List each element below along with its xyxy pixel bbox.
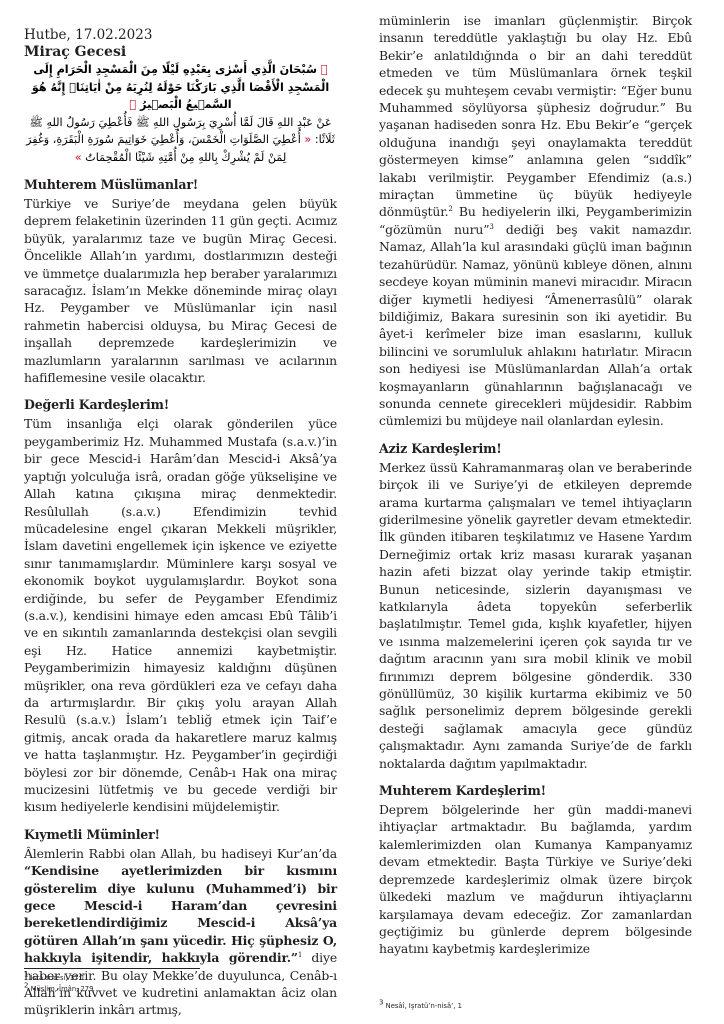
footnotes-right: 3 Nesâî, Işratü’n-nisâ’, 1 [379, 1002, 462, 1010]
section-heading: Muhterem Kardeşlerim! [379, 782, 692, 799]
hadith-text: أُعْطِيَ الصَّلَوَاتِ الْخَمْسَ، وَأُعْط… [26, 133, 301, 164]
footnote-text: Müslim, Îmân, 279 [28, 985, 93, 993]
footnote-text: İsrâ suresi, 17:1 [28, 974, 85, 982]
paragraph-text: müminlerin ise imanları güçlenmiştir. Bi… [379, 13, 692, 219]
arabic-verse: ﴿ سُبْحَانَ الَّذِي أَسْرٰى بِعَبْدِهِ ل… [18, 61, 343, 114]
section-paragraph: Tüm insanlığa elçi olarak gönderilen yüc… [24, 415, 337, 815]
paragraph-text: dediği beş vakit namazdır. Namaz, Allah’… [379, 222, 692, 428]
arabic-hadith: عَنْ عَبْدِ اللهِ قَالَ لَمَّا أُسْرِيَ … [18, 114, 343, 167]
section-heading: Muhterem Müslümanlar! [24, 176, 337, 193]
paragraph-text: Âlemlerin Rabbi olan Allah, bu hadiseyi … [24, 846, 337, 861]
footnote-item: 3 Nesâî, Işratü’n-nisâ’, 1 [379, 1002, 462, 1010]
footnotes-left: 1 İsrâ suresi, 17:1 2 Müslim, Îmân, 279 [24, 973, 93, 995]
hadith-open-quote: « [304, 133, 311, 146]
footnote-text: Nesâî, Işratü’n-nisâ’, 1 [383, 1002, 461, 1010]
quran-quote: “Kendisine ayetlerimizden bir kısmını gö… [24, 863, 337, 965]
sermon-date: Hutbe, 17.02.2023 [24, 27, 337, 44]
section-heading: Kıymetli Müminler! [24, 826, 337, 843]
section-paragraph: müminlerin ise imanları güçlenmiştir. Bi… [379, 12, 692, 430]
section-paragraph: Türkiye ve Suriye’de meydana gelen büyük… [24, 195, 337, 386]
left-column: Hutbe, 17.02.2023 Miraç Gecesi ﴿ سُبْحَا… [24, 0, 337, 1019]
sermon-title: Miraç Gecesi [24, 44, 337, 61]
footnote-divider [24, 968, 200, 969]
footnote-item: 1 İsrâ suresi, 17:1 [24, 973, 93, 984]
verse-open-bracket: ﴿ [321, 63, 328, 76]
section-paragraph: Deprem bölgelerinde her gün maddi-manevi… [379, 801, 692, 958]
section-heading: Değerli Kardeşlerim! [24, 396, 337, 413]
hadith-close-quote: » [75, 151, 82, 164]
section-heading: Aziz Kardeşlerim! [379, 440, 692, 457]
section-paragraph: Merkez üssü Kahramanmaraş olan ve berabe… [379, 459, 692, 772]
verse-text: سُبْحَانَ الَّذِي أَسْرٰى بِعَبْدِهِ لَي… [32, 63, 329, 111]
right-column: müminlerin ise imanları güçlenmiştir. Bi… [379, 12, 692, 958]
verse-close-bracket: ﴾ [129, 98, 136, 111]
footnote-item: 2 Müslim, Îmân, 279 [24, 984, 93, 995]
